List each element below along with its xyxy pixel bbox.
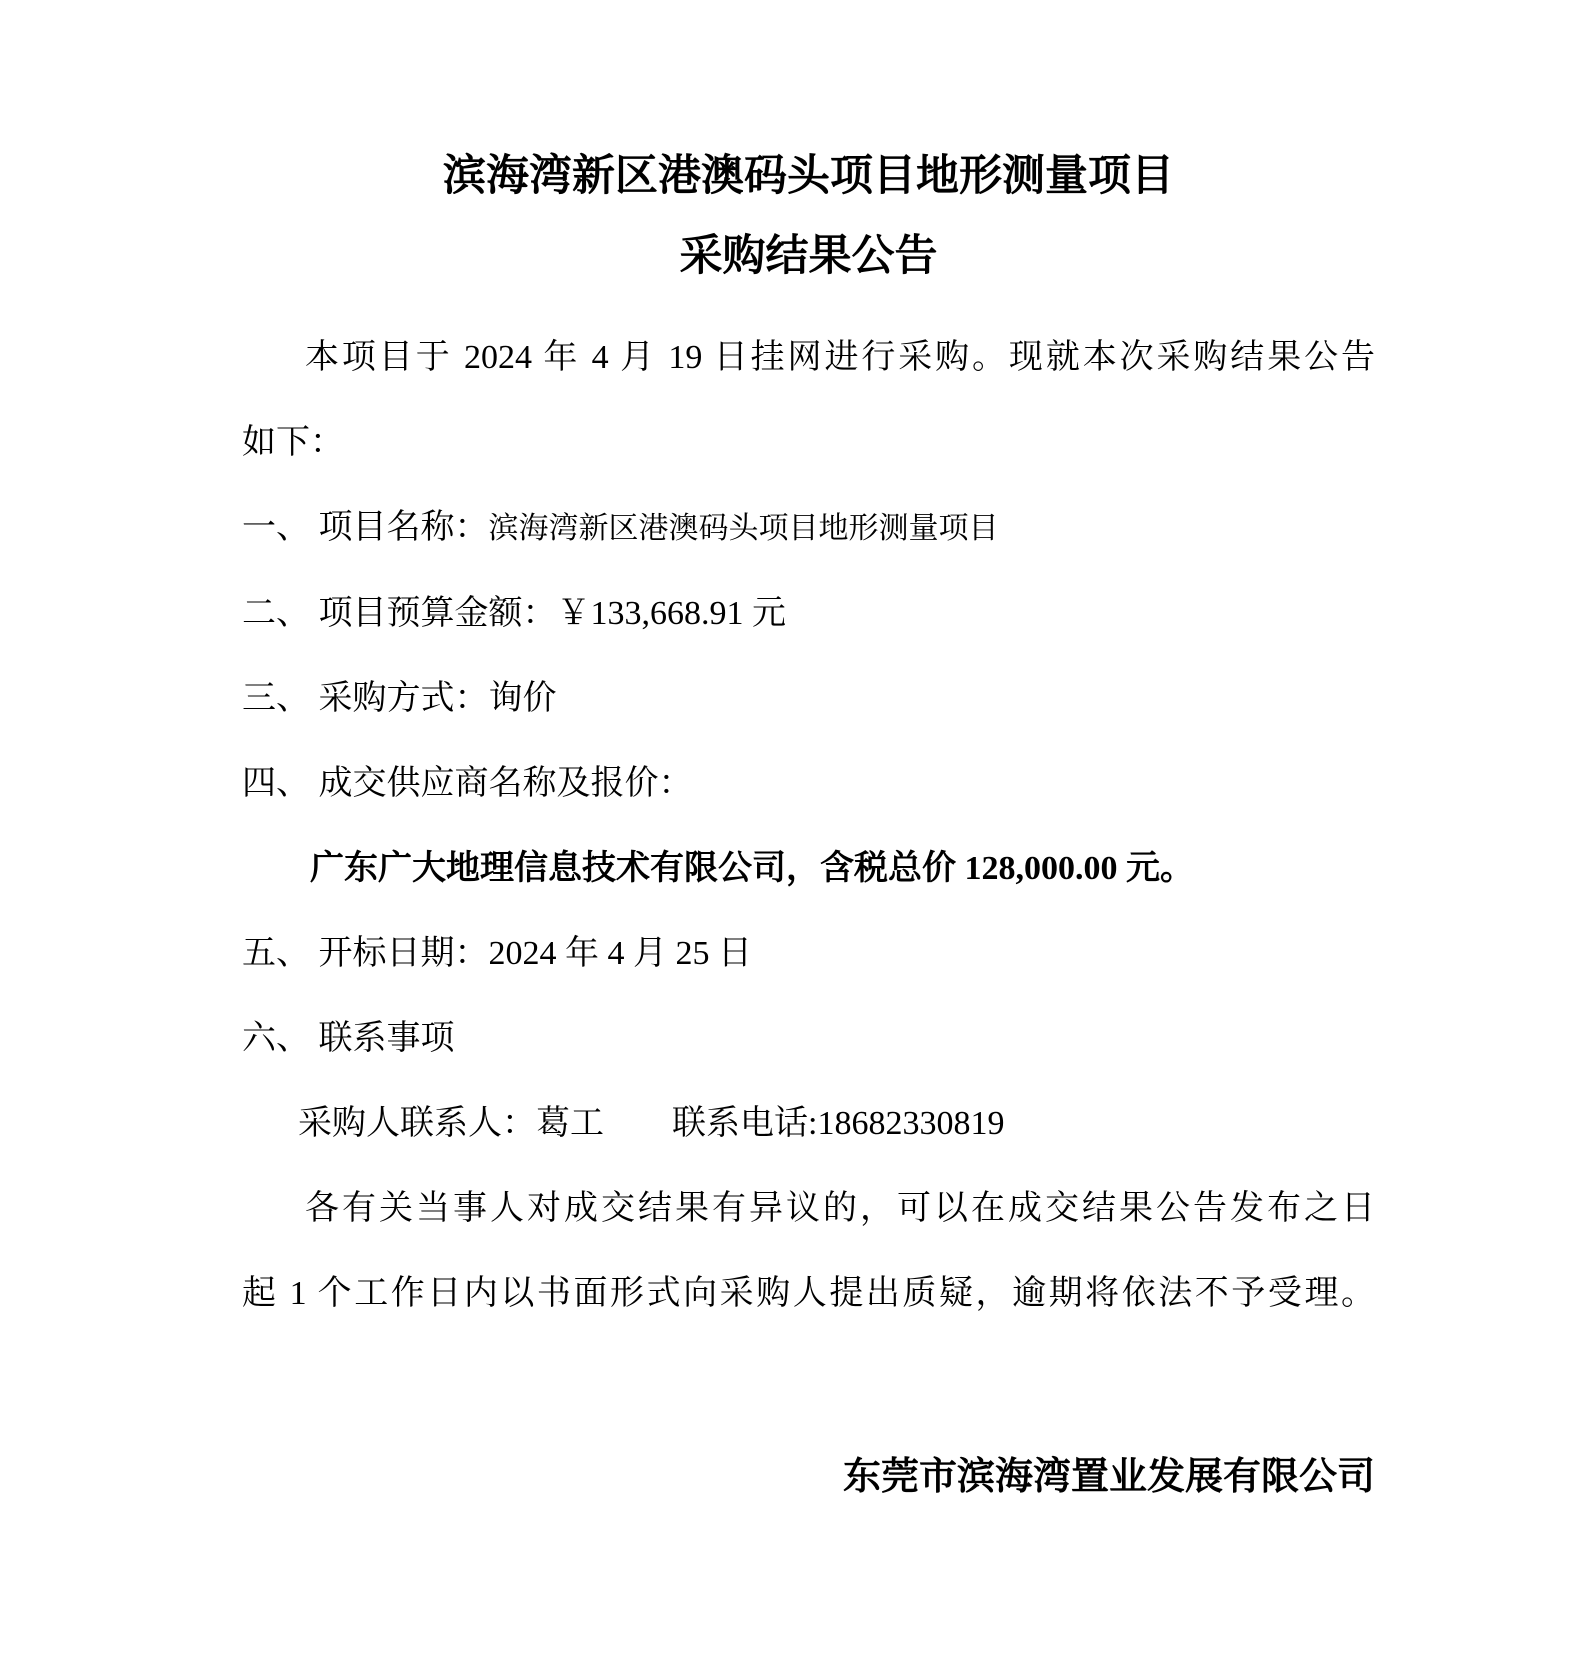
item-project-name: 一、 项目名称：滨海湾新区港澳码头项目地形测量项目 — [242, 485, 1375, 571]
item-contact-heading: 六、 联系事项 — [242, 996, 1375, 1081]
document-body: 本项目于 2024 年 4 月 19 日挂网进行采购。现就本次采购结果公告 如下… — [242, 315, 1375, 1336]
contact-detail: 采购人联系人：葛工 联系电话:18682330819 — [242, 1081, 1375, 1166]
item-project-name-label: 一、 项目名称： — [242, 509, 489, 546]
intro-paragraph-line2: 如下： — [242, 400, 1375, 485]
company-signature: 东莞市滨海湾置业发展有限公司 — [242, 1435, 1375, 1520]
intro-paragraph-line1: 本项目于 2024 年 4 月 19 日挂网进行采购。现就本次采购结果公告 — [242, 315, 1375, 400]
item-bid-date-value: 2024 年 4 月 25 日 — [489, 935, 753, 972]
item-bid-date: 五、 开标日期：2024 年 4 月 25 日 — [242, 911, 1375, 996]
item-budget-value: ￥133,668.91 元 — [557, 595, 787, 632]
document-title-line2: 采购结果公告 — [242, 229, 1375, 285]
document-content: 滨海湾新区港澳码头项目地形测量项目 采购结果公告 本项目于 2024 年 4 月… — [242, 0, 1375, 1520]
supplier-detail: 广东广大地理信息技术有限公司，含税总价 128,000.00 元。 — [242, 826, 1375, 911]
notice-paragraph-line2: 起 1 个工作日内以书面形式向采购人提出质疑，逾期将依法不予受理。 — [242, 1251, 1375, 1336]
notice-paragraph-line1: 各有关当事人对成交结果有异议的，可以在成交结果公告发布之日 — [242, 1166, 1375, 1251]
item-budget-label: 二、 项目预算金额： — [242, 595, 557, 632]
item-bid-date-label: 五、 开标日期： — [242, 935, 489, 972]
document-title-line1: 滨海湾新区港澳码头项目地形测量项目 — [242, 149, 1375, 205]
item-procurement-method: 三、 采购方式：询价 — [242, 656, 1375, 741]
item-procurement-method-value: 询价 — [489, 680, 557, 717]
item-project-name-value: 滨海湾新区港澳码头项目地形测量项目 — [489, 512, 999, 545]
procurement-result-document: 滨海湾新区港澳码头项目地形测量项目 采购结果公告 本项目于 2024 年 4 月… — [0, 0, 1587, 1653]
item-budget: 二、 项目预算金额：￥133,668.91 元 — [242, 571, 1375, 656]
item-supplier-heading: 四、 成交供应商名称及报价： — [242, 741, 1375, 826]
item-procurement-method-label: 三、 采购方式： — [242, 680, 489, 717]
